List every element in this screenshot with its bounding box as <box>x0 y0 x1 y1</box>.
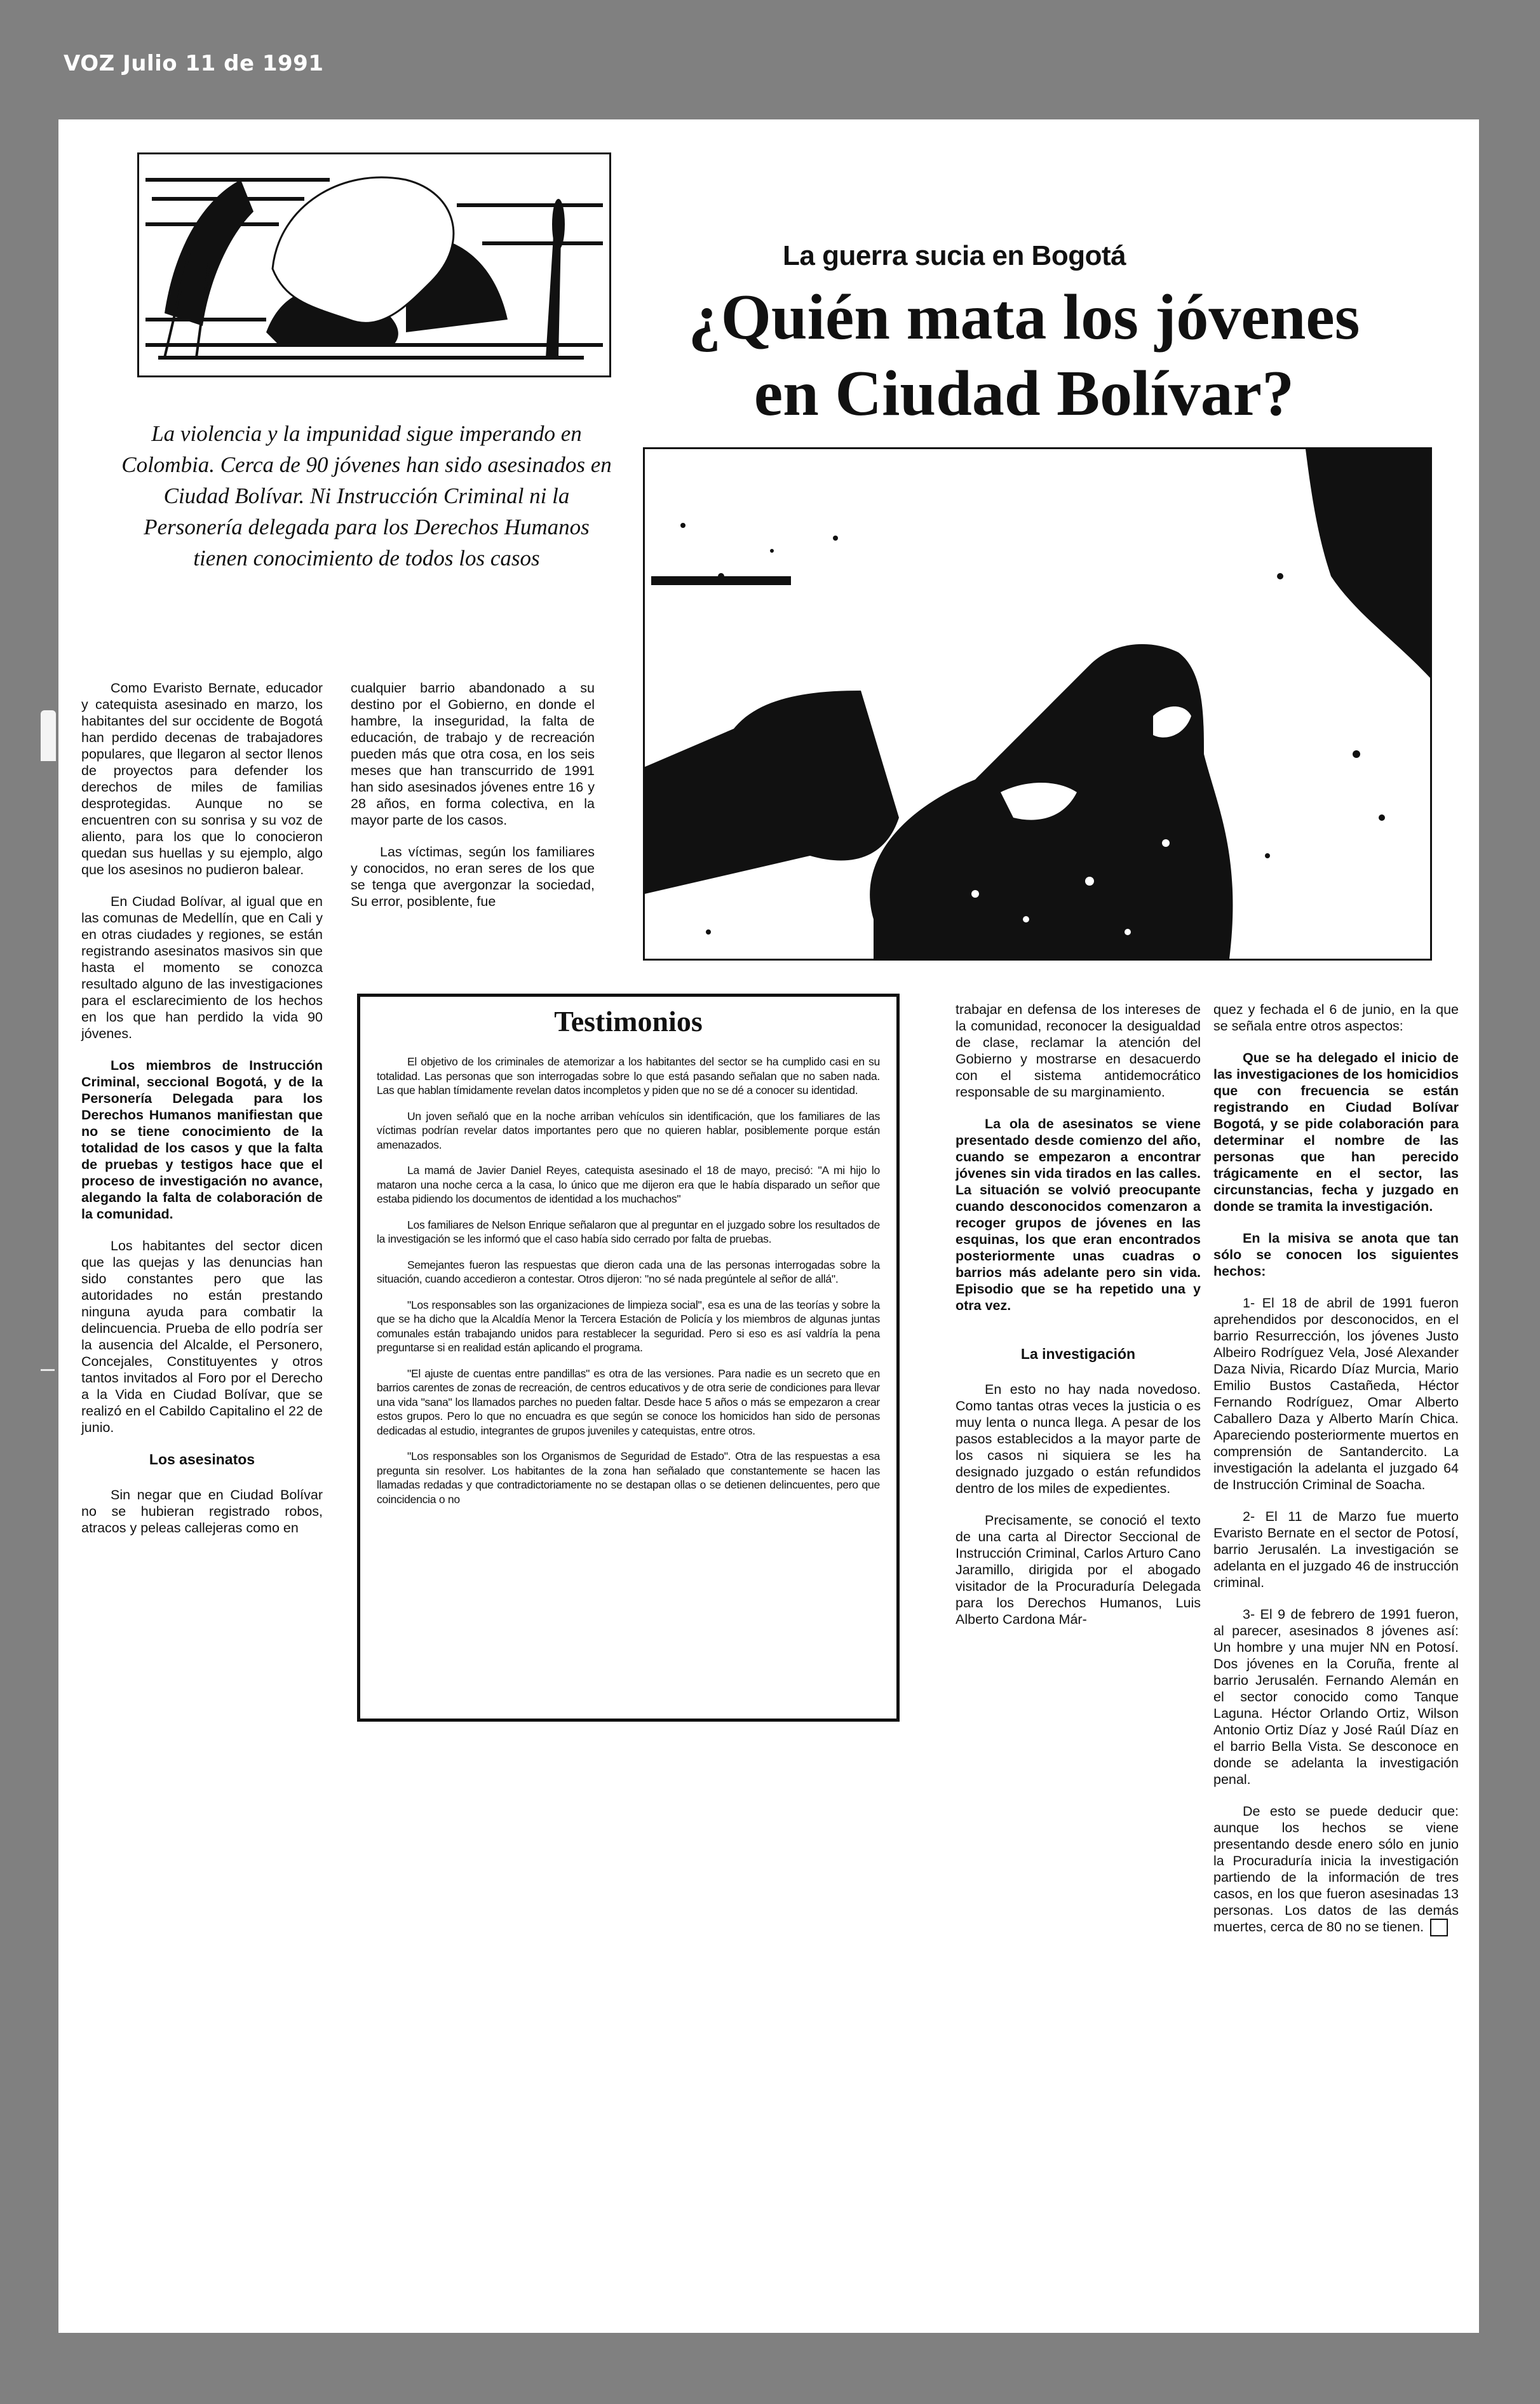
crime-scene-photo-icon <box>645 449 1430 959</box>
article-kicker: La guerra sucia en Bogotá <box>783 240 1227 272</box>
testimonio-paragraph: El objetivo de los criminales de atemori… <box>377 1055 880 1098</box>
testimonios-title: Testimonios <box>360 1004 896 1038</box>
testimonio-paragraph: La mamá de Javier Daniel Reyes, catequis… <box>377 1163 880 1206</box>
testimonio-paragraph: Semejantes fueron las respuestas que die… <box>377 1258 880 1286</box>
article-column-1: Como Evaristo Bernate, educador y catequ… <box>81 680 323 1551</box>
testimonio-paragraph: Los familiares de Nelson Enrique señalar… <box>377 1218 880 1246</box>
closing-text: De esto se puede deducir que: aunque los… <box>1213 1804 1459 1935</box>
bookmark-icon <box>41 710 56 761</box>
swamp-body-illustration-icon <box>139 154 609 375</box>
article-photo <box>643 447 1432 961</box>
paragraph: Sin negar que en Ciudad Bolívar no se hu… <box>81 1487 323 1536</box>
paragraph: En esto no hay nada novedoso. Como tanta… <box>956 1381 1201 1497</box>
testimonios-body: El objetivo de los criminales de atemori… <box>360 1055 896 1506</box>
newspaper-page: La guerra sucia en Bogotá ¿Quién mata lo… <box>58 119 1479 2333</box>
paragraph: En Ciudad Bolívar, al igual que en las c… <box>81 893 323 1042</box>
article-column-3: trabajar en defensa de los intereses de … <box>956 1001 1201 1643</box>
paragraph: La ola de asesinatos se viene presentado… <box>956 1116 1201 1314</box>
paragraph: 3- El 9 de febrero de 1991 fueron, al pa… <box>1213 1606 1459 1788</box>
subhead-los-asesinatos: Los asesinatos <box>81 1451 323 1468</box>
end-of-article-icon <box>1430 1919 1448 1936</box>
paragraph: En la misiva se anota que tan sólo se co… <box>1213 1230 1459 1280</box>
headline-line-1: ¿Quién mata los jóvenes <box>611 280 1437 356</box>
testimonio-paragraph: Un joven señaló que en la noche arriban … <box>377 1109 880 1152</box>
paragraph: Los habitantes del sector dicen que las … <box>81 1238 323 1436</box>
article-headline: ¿Quién mata los jóvenes en Ciudad Bolíva… <box>611 280 1437 432</box>
headline-line-2: en Ciudad Bolívar? <box>611 356 1437 432</box>
paragraph: trabajar en defensa de los intereses de … <box>956 1001 1201 1100</box>
testimonio-paragraph: "Los responsables son las organizaciones… <box>377 1298 880 1355</box>
subhead-la-investigacion: La investigación <box>956 1346 1201 1362</box>
article-column-4: quez y fechada el 6 de junio, en la que … <box>1213 1001 1459 1936</box>
article-deck: La violencia y la impunidad sigue impera… <box>116 418 618 574</box>
paragraph: Las víctimas, según los familiares y con… <box>351 844 595 910</box>
paragraph: Que se ha delegado el inicio de las inve… <box>1213 1050 1459 1215</box>
testimonios-box: Testimonios El objetivo de los criminale… <box>357 994 900 1722</box>
testimonio-paragraph: "Los responsables son los Organismos de … <box>377 1449 880 1506</box>
paragraph: Los miembros de Instrucción Criminal, se… <box>81 1057 323 1222</box>
paragraph: Como Evaristo Bernate, educador y catequ… <box>81 680 323 878</box>
paragraph: quez y fechada el 6 de junio, en la que … <box>1213 1001 1459 1034</box>
paragraph: 1- El 18 de abril de 1991 fueron aprehen… <box>1213 1295 1459 1493</box>
testimonio-paragraph: "El ajuste de cuentas entre pandillas" e… <box>377 1367 880 1438</box>
article-column-2: cualquier barrio abandonado a su destino… <box>351 680 595 925</box>
source-label: VOZ Julio 11 de 1991 <box>64 51 323 76</box>
paragraph: 2- El 11 de Marzo fue muerto Evaristo Be… <box>1213 1508 1459 1591</box>
paragraph: De esto se puede deducir que: aunque los… <box>1213 1803 1459 1936</box>
paragraph: cualquier barrio abandonado a su destino… <box>351 680 595 828</box>
page-edge-mark <box>41 1369 55 1371</box>
illustration <box>137 152 611 377</box>
paragraph: Precisamente, se conoció el texto de una… <box>956 1512 1201 1628</box>
